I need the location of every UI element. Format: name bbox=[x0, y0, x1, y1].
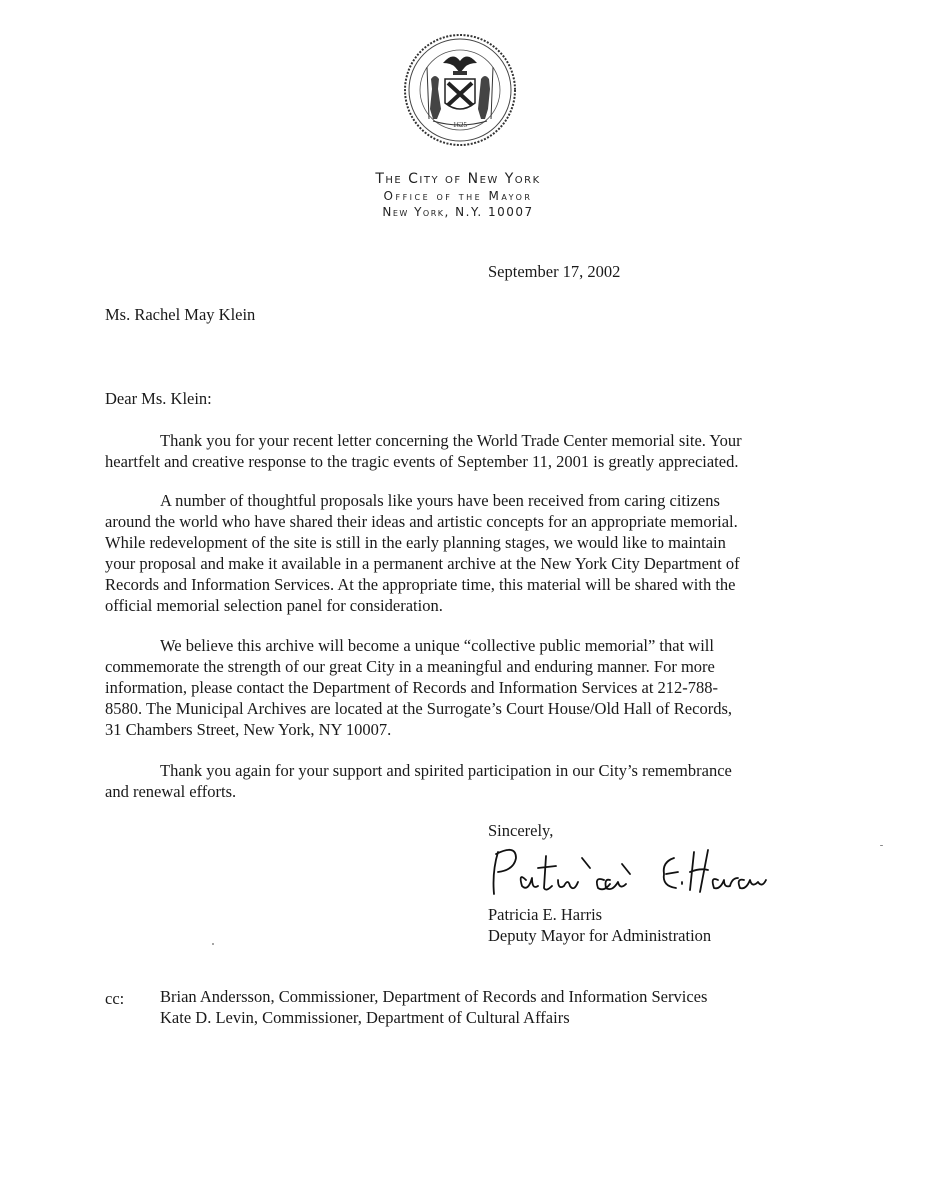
scan-speck bbox=[880, 845, 883, 846]
recipient-name: Ms. Rachel May Klein bbox=[105, 304, 255, 325]
cc-entry: Kate D. Levin, Commissioner, Department … bbox=[160, 1007, 570, 1028]
cc-label: cc: bbox=[105, 988, 124, 1009]
letterhead: The City of New York Office of the Mayor… bbox=[300, 170, 616, 220]
letterhead-address: New York, N.Y. 10007 bbox=[300, 204, 616, 220]
paragraph-2: A number of thoughtful proposals like yo… bbox=[105, 490, 815, 616]
svg-text:1625: 1625 bbox=[453, 121, 468, 129]
signature-icon bbox=[486, 842, 776, 900]
signatory-title: Deputy Mayor for Administration bbox=[488, 925, 711, 946]
paragraph-4: Thank you again for your support and spi… bbox=[105, 760, 815, 802]
valediction: Sincerely, bbox=[488, 820, 553, 841]
signatory-name: Patricia E. Harris bbox=[488, 904, 602, 925]
letterhead-city: The City of New York bbox=[300, 170, 616, 188]
letter-date: September 17, 2002 bbox=[488, 261, 620, 282]
paragraph-3: We believe this archive will become a un… bbox=[105, 635, 815, 740]
letterhead-office: Office of the Mayor bbox=[300, 188, 616, 204]
cc-entry: Brian Andersson, Commissioner, Departmen… bbox=[160, 986, 707, 1007]
paragraph-1: Thank you for your recent letter concern… bbox=[105, 430, 815, 472]
city-seal-icon: 1625 bbox=[403, 33, 517, 147]
salutation: Dear Ms. Klein: bbox=[105, 388, 212, 409]
scan-speck bbox=[212, 943, 214, 945]
